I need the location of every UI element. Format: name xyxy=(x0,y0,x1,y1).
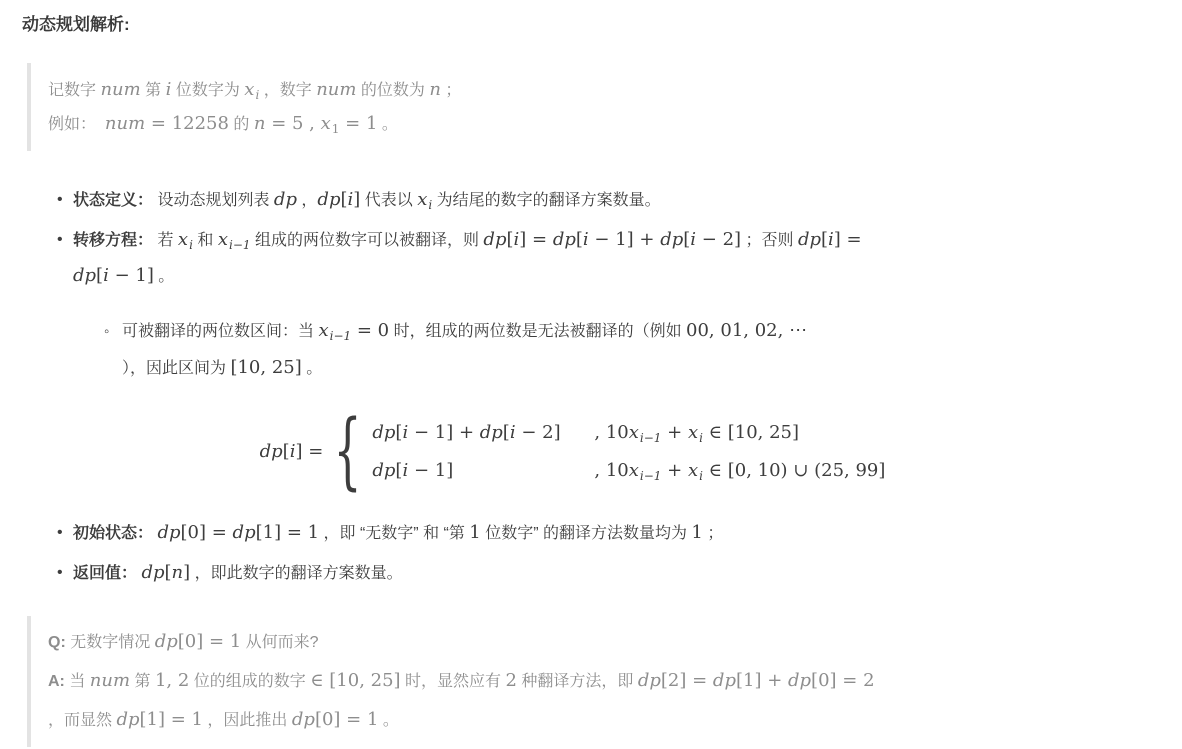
text-run: 时，组成的两位数是无法被翻译的（例如 xyxy=(389,323,686,340)
math-text: [ xyxy=(283,441,290,462)
bullet-state-definition: 状态定义： 设动态规划列表 dp ，dp[i] 代表以 xi 为结尾的数字的翻译… xyxy=(22,182,1162,218)
math-text: num xyxy=(100,79,140,100)
text-run: 位数字” 的翻译方法数量均为 xyxy=(481,525,692,542)
math-text: [1] + xyxy=(736,670,788,691)
text-run: 从何而来? xyxy=(241,634,318,651)
math-text: dp xyxy=(260,441,283,462)
math-text: dp xyxy=(155,631,178,652)
math-text: [1] = 1 xyxy=(256,522,319,543)
math-text: [ xyxy=(340,189,347,210)
text-run: 。 xyxy=(302,360,322,377)
math-text: dp xyxy=(553,229,576,250)
page-title: 动态规划解析: xyxy=(22,13,1162,36)
math-text: [0] = 1 xyxy=(315,709,378,730)
case-condition: , 10xi−1 + xi ∈ [0, 10) ∪ (25, 99] xyxy=(594,452,885,490)
text-run: 状态定义： xyxy=(73,192,153,209)
math-text: ] = xyxy=(295,441,323,462)
text-run: 。 xyxy=(154,268,174,285)
text-run: 种翻译方法，即 xyxy=(517,673,638,690)
text-run: ； xyxy=(703,525,723,542)
text-run: ，即此数字的翻译方案数量。 xyxy=(190,565,402,582)
solution-article: 动态规划解析: 记数字 num 第 i 位数字为 xi ，数字 num 的位数为… xyxy=(0,0,1182,749)
left-brace-glyph: { xyxy=(334,410,362,493)
text-run: 例如： xyxy=(48,116,105,133)
math-text: = 5 , xyxy=(265,113,320,134)
math-text: dp xyxy=(292,709,315,730)
text-run: 可被翻译的两位数区间：当 xyxy=(122,323,318,340)
formula-case-row: dp[i − 1] , 10xi−1 + xi ∈ [0, 10) ∪ (25,… xyxy=(372,452,885,490)
math-text: x1 xyxy=(321,113,340,134)
math-text: dp xyxy=(788,670,811,691)
text-run: Q: xyxy=(48,634,66,651)
math-text: 1 xyxy=(469,522,480,543)
math-text: − 1] + xyxy=(589,229,661,250)
math-text: xi xyxy=(178,229,193,250)
math-text: = 12258 xyxy=(145,113,229,134)
math-text: dp xyxy=(713,670,736,691)
math-text: dp xyxy=(660,229,683,250)
math-text: ] = xyxy=(519,229,553,250)
text-run: 。 xyxy=(377,116,397,133)
transition-equation-text: 转移方程： 若 xi 和 xi−1 组成的两位数字可以被翻译，则 dp[i] =… xyxy=(73,222,1162,294)
math-text: num xyxy=(90,670,130,691)
text-run: 当 xyxy=(65,673,90,690)
math-text: ] = xyxy=(834,229,862,250)
math-text: = 1 xyxy=(339,113,377,134)
math-text: dp xyxy=(233,522,256,543)
text-line: 初始状态： dp[0] = dp[1] = 1 ，即 “无数字” 和 “第 1 … xyxy=(73,515,1162,551)
math-text: [0] = 2 xyxy=(811,670,874,691)
definition-quote: 记数字 num 第 i 位数字为 xi ，数字 num 的位数为 n ；例如： … xyxy=(27,63,1162,151)
text-line: dp[i − 1] 。 xyxy=(73,258,1162,294)
math-text: dp xyxy=(73,265,96,286)
text-run: 初始状态： xyxy=(73,525,153,542)
text-line: 转移方程： 若 xi 和 xi−1 组成的两位数字可以被翻译，则 dp[i] =… xyxy=(73,222,1162,258)
math-text: − 2] xyxy=(516,422,561,443)
math-text: [ xyxy=(576,229,583,250)
math-text: [0] = 1 xyxy=(178,631,241,652)
text-run: ；否则 xyxy=(741,232,798,249)
formula-lhs: dp[i] = xyxy=(260,434,324,470)
math-text: 1, 2 xyxy=(155,670,189,691)
text-run: 的 xyxy=(229,116,254,133)
math-text: 2 xyxy=(505,670,516,691)
text-line: ，而显然 dp[1] = 1 ，因此推出 dp[0] = 1 。 xyxy=(48,701,1162,740)
math-text: [ xyxy=(503,422,510,443)
math-text: dp xyxy=(141,562,164,583)
text-run: ，即 “无数字” 和 “第 xyxy=(319,525,469,542)
math-text: dp xyxy=(638,670,661,691)
math-text: − 1] xyxy=(408,460,453,481)
math-text: − 2] xyxy=(696,229,741,250)
math-text: , 10 xyxy=(594,422,628,443)
text-run: ，而显然 xyxy=(48,712,116,729)
text-run: 的位数为 xyxy=(356,82,429,99)
text-run: 转移方程： xyxy=(73,232,153,249)
math-text: ∈ [10, 25] xyxy=(310,670,400,691)
math-text: , 10 xyxy=(594,460,628,481)
math-text: 00, 01, 02, ⋯ xyxy=(686,320,807,341)
case-expression: dp[i − 1] xyxy=(372,452,594,490)
text-run: 组成的两位数字可以被翻译，则 xyxy=(251,232,484,249)
math-text: + xyxy=(661,422,688,443)
math-text: dp xyxy=(372,460,395,481)
math-text: dp xyxy=(157,522,180,543)
text-line: 例如： num = 12258 的 n = 5 , x1 = 1 。 xyxy=(48,107,1162,141)
math-text: [10, 25] xyxy=(230,357,301,378)
bullet-return-value: 返回值： dp[n] ，即此数字的翻译方案数量。 xyxy=(22,555,1162,591)
math-text: xi−1 xyxy=(629,460,662,481)
text-run: 位的组成的数字 xyxy=(189,673,310,690)
text-run: 第 xyxy=(130,673,155,690)
text-line: A: 当 num 第 1, 2 位的组成的数字 ∈ [10, 25] 时，显然应… xyxy=(48,662,1162,701)
math-text: [0] = xyxy=(181,522,233,543)
bullet-transition-equation: 转移方程： 若 xi 和 xi−1 组成的两位数字可以被翻译，则 dp[i] =… xyxy=(22,222,1162,490)
math-text: dp xyxy=(317,189,340,210)
text-run: ），因此区间为 xyxy=(122,360,230,377)
case-condition: , 10xi−1 + xi ∈ [10, 25] xyxy=(594,414,885,452)
text-line: 记数字 num 第 i 位数字为 xi ，数字 num 的位数为 n ； xyxy=(48,73,1162,107)
text-line: 状态定义： 设动态规划列表 dp ，dp[i] 代表以 xi 为结尾的数字的翻译… xyxy=(73,182,1162,218)
math-text: dp xyxy=(483,229,506,250)
math-text: [ xyxy=(821,229,828,250)
math-text: [ xyxy=(506,229,513,250)
math-text: dp xyxy=(274,189,297,210)
text-run: ， xyxy=(297,192,317,209)
text-run: 第 xyxy=(141,82,166,99)
math-text: xi xyxy=(244,79,259,100)
math-text: dp xyxy=(372,422,395,443)
qa-quote: Q: 无数字情况 dp[0] = 1 从何而来?A: 当 num 第 1, 2 … xyxy=(27,616,1162,747)
math-text: dp xyxy=(116,709,139,730)
math-text: ∈ [0, 10) ∪ (25, 99] xyxy=(703,460,885,481)
text-run: 时，显然应有 xyxy=(401,673,506,690)
math-text: [2] = xyxy=(661,670,713,691)
math-text: dp xyxy=(798,229,821,250)
text-run: A: xyxy=(48,673,65,690)
text-run: 返回值： xyxy=(73,565,137,582)
text-run: 设动态规划列表 xyxy=(153,192,274,209)
math-text: xi−1 xyxy=(218,229,251,250)
text-run: 为结尾的数字的翻译方案数量。 xyxy=(432,192,660,209)
math-text: n xyxy=(429,79,441,100)
text-run: 和 xyxy=(193,232,218,249)
math-subscript: i−1 xyxy=(640,469,662,483)
math-text: ∈ [10, 25] xyxy=(703,422,799,443)
text-run: 。 xyxy=(378,712,398,729)
bullet-initial-state: 初始状态： dp[0] = dp[1] = 1 ，即 “无数字” 和 “第 1 … xyxy=(22,515,1162,551)
text-line: Q: 无数字情况 dp[0] = 1 从何而来? xyxy=(48,623,1162,662)
math-text: xi xyxy=(688,422,703,443)
math-text: xi−1 xyxy=(318,320,351,341)
text-line: 返回值： dp[n] ，即此数字的翻译方案数量。 xyxy=(73,555,1162,591)
text-run: ，因此推出 xyxy=(203,712,292,729)
text-run: 记数字 xyxy=(48,82,100,99)
formula-case-row: dp[i − 1] + dp[i − 2] , 10xi−1 + xi ∈ [1… xyxy=(372,414,885,452)
math-text: = 0 xyxy=(351,320,389,341)
analysis-list: 状态定义： 设动态规划列表 dp ，dp[i] 代表以 xi 为结尾的数字的翻译… xyxy=(22,182,1162,591)
text-run: 代表以 xyxy=(360,192,417,209)
piecewise-formula: dp[i] = { dp[i − 1] + dp[i − 2] , 10xi−1… xyxy=(73,414,1072,490)
math-text: n xyxy=(254,113,266,134)
math-text: [ xyxy=(165,562,172,583)
math-text: xi xyxy=(688,460,703,481)
formula-cases: dp[i − 1] + dp[i − 2] , 10xi−1 + xi ∈ [1… xyxy=(372,414,885,490)
math-text: 1 xyxy=(691,522,702,543)
text-run: ； xyxy=(441,82,461,99)
math-text: xi xyxy=(417,189,432,210)
math-text: + xyxy=(661,460,688,481)
math-text: num xyxy=(105,113,145,134)
sub-bullet-translatable-range: 可被翻译的两位数区间：当 xi−1 = 0 时，组成的两位数是无法被翻译的（例如… xyxy=(73,313,1162,387)
math-text: − 1] + xyxy=(408,422,480,443)
text-run: ，数字 xyxy=(259,82,316,99)
math-text: xi−1 xyxy=(629,422,662,443)
text-run: 若 xyxy=(153,232,178,249)
math-text: num xyxy=(316,79,356,100)
math-text: [1] = 1 xyxy=(140,709,203,730)
math-text: − 1] xyxy=(109,265,154,286)
case-expression: dp[i − 1] + dp[i − 2] xyxy=(372,414,594,452)
math-subscript: i−1 xyxy=(229,238,251,252)
math-subscript: i−1 xyxy=(640,431,662,445)
math-subscript: i−1 xyxy=(330,329,352,343)
text-line: 可被翻译的两位数区间：当 xi−1 = 0 时，组成的两位数是无法被翻译的（例如… xyxy=(122,313,1162,350)
math-text: n xyxy=(172,562,184,583)
math-text: dp xyxy=(480,422,503,443)
text-run: 位数字为 xyxy=(171,82,244,99)
text-line: ），因此区间为 [10, 25] 。 xyxy=(122,350,1162,387)
text-run: 无数字情况 xyxy=(66,634,155,651)
